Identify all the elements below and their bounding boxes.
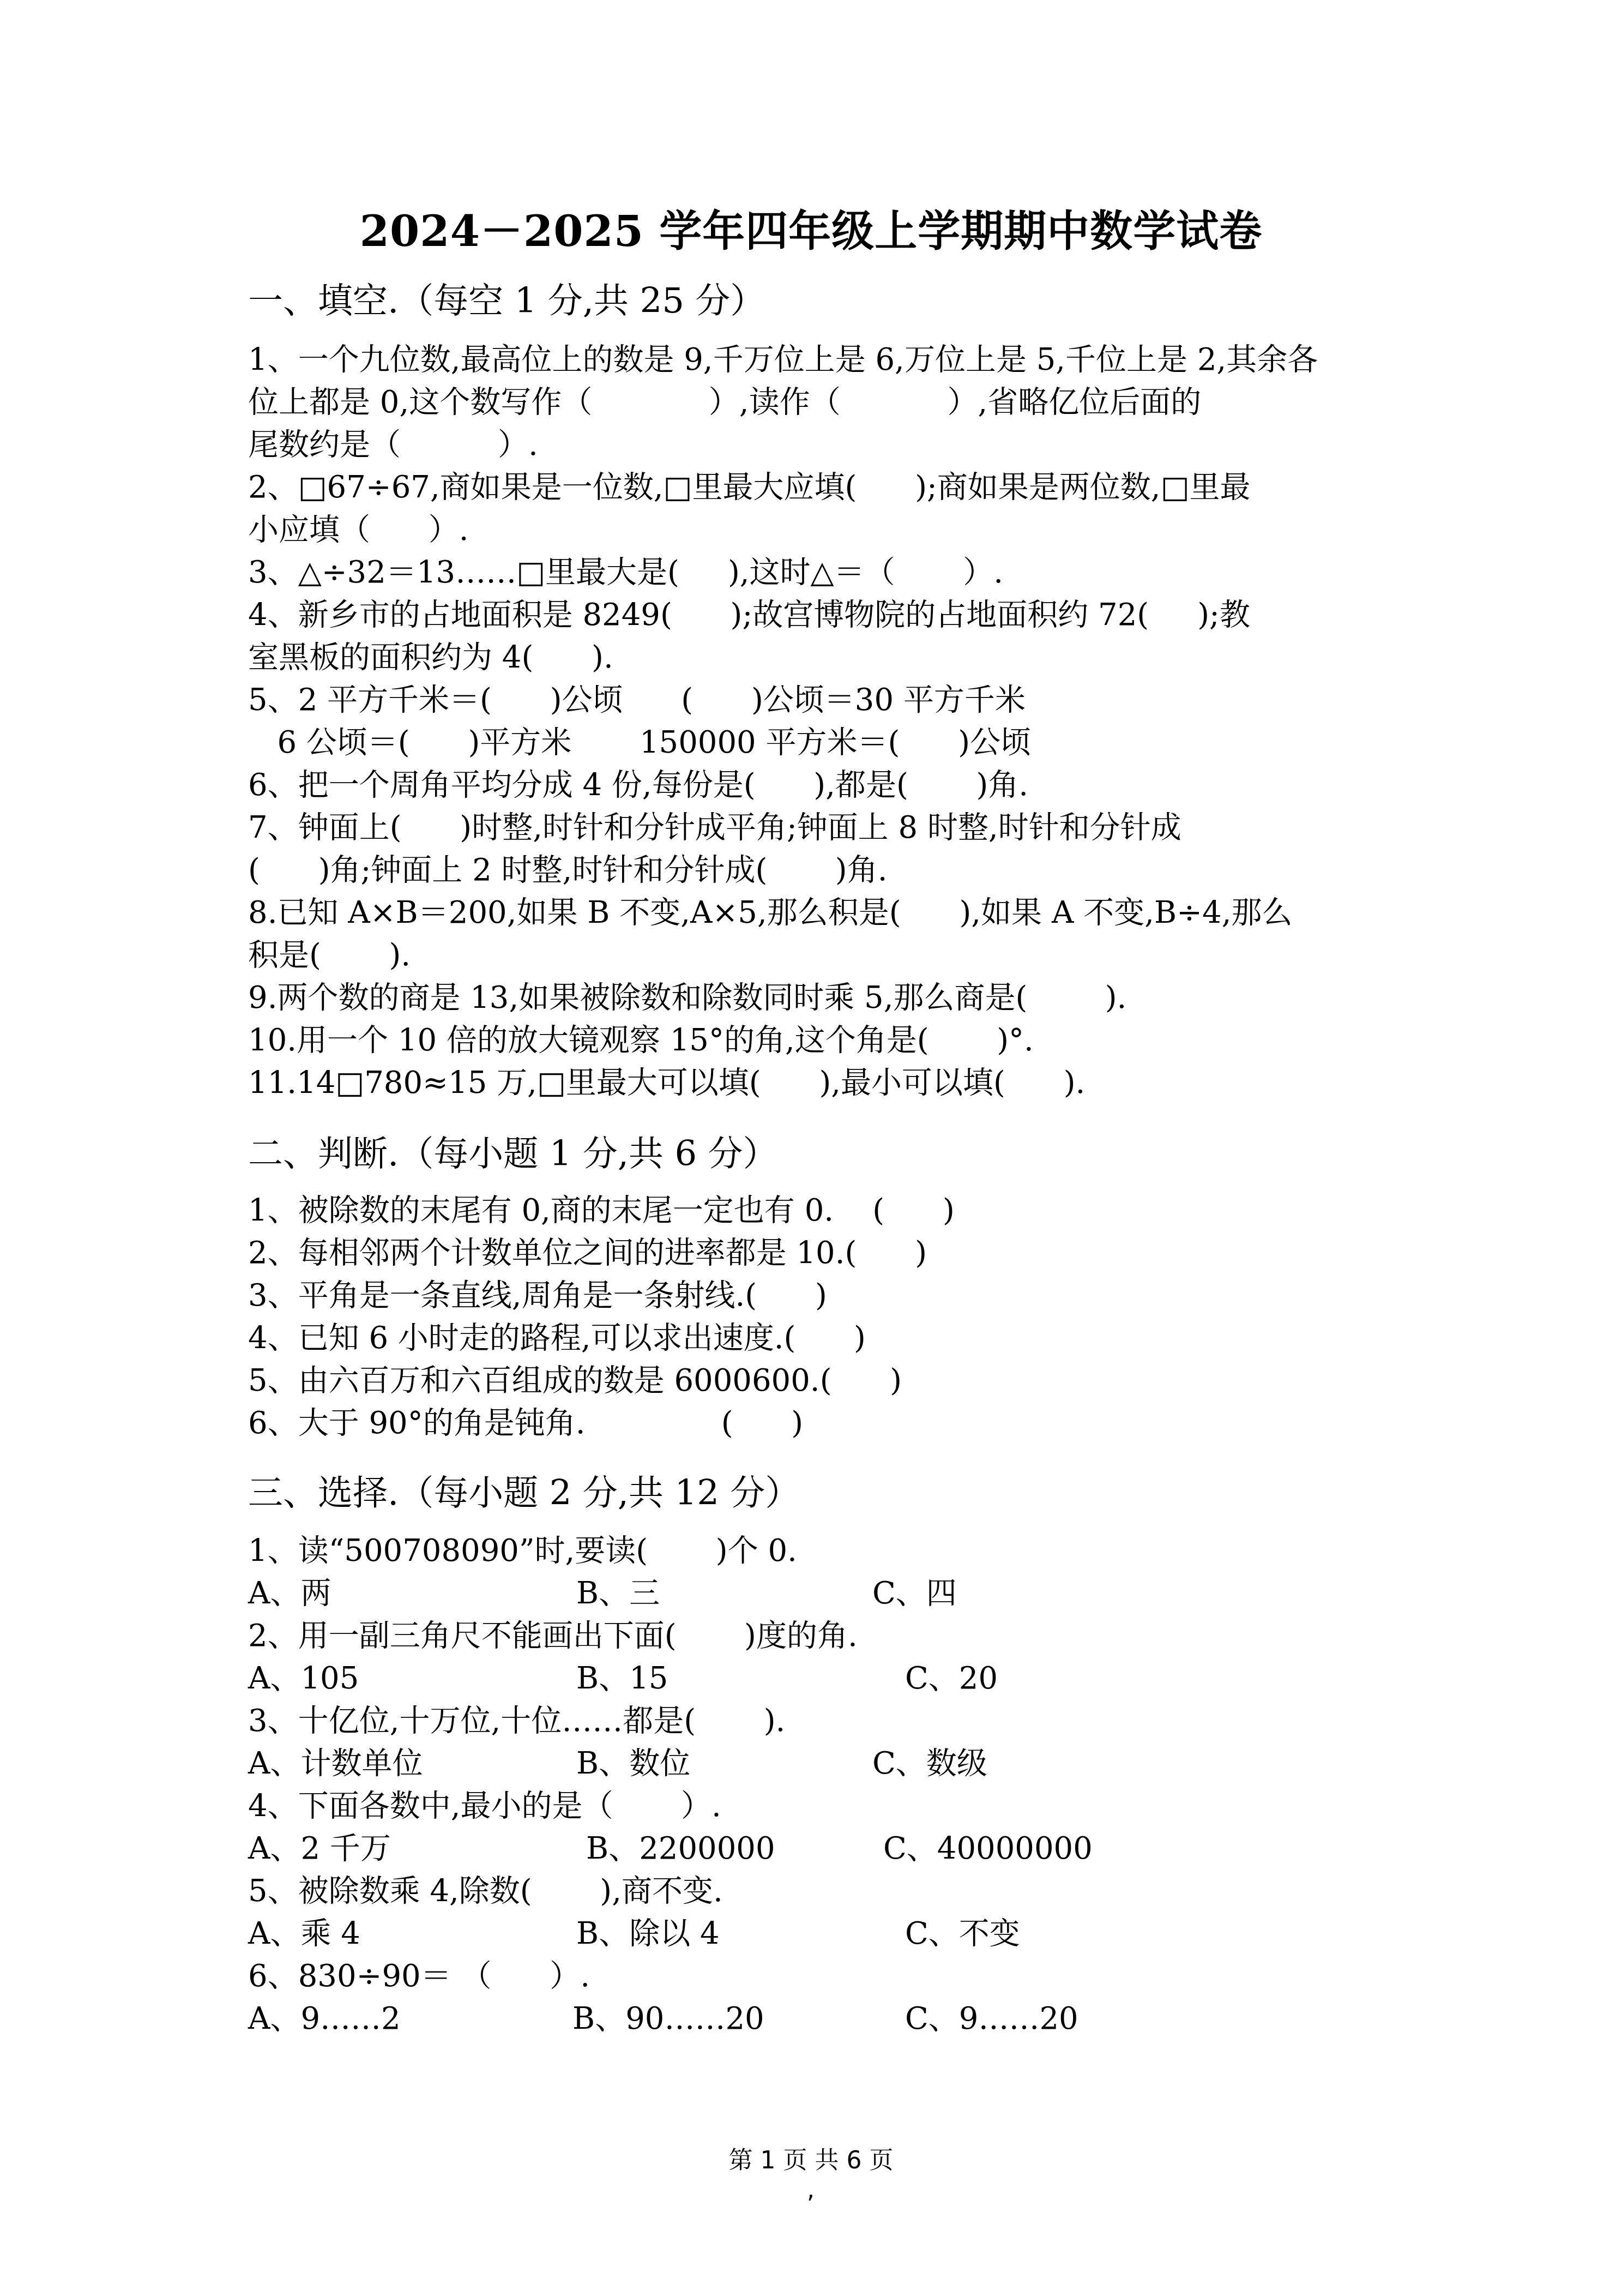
choice-option-b: B、15: [576, 1663, 668, 1694]
exam-page: 2024－2025 学年四年级上学期期中数学试卷 一、填空.（每空 1 分,共 …: [0, 0, 1622, 2296]
choice-option-a: A、乘 4: [248, 1919, 360, 1949]
choice-stem: 5、被除数乘 4,除数( ),商不变.: [248, 1876, 723, 1907]
section-heading-fill-in: 一、填空.（每空 1 分,共 25 分）: [248, 273, 765, 323]
question-line: 6、把一个周角平均分成 4 份,每份是( ),都是( )角.: [248, 770, 1028, 801]
choice-stem: 4、下面各数中,最小的是（ ）.: [248, 1791, 721, 1822]
question-line: 室黑板的面积约为 4( ).: [248, 642, 613, 673]
choice-option-c: C、数级: [872, 1748, 987, 1779]
judgement-item: 1、被除数的末尾有 0,商的末尾一定也有 0. ( ): [248, 1195, 955, 1226]
question-line: 位上都是 0,这个数写作（ ）,读作（ ）,省略亿位后面的: [248, 387, 1201, 418]
choice-option-b: B、90……20: [572, 2004, 764, 2034]
choice-option-c: C、四: [872, 1578, 957, 1609]
question-line: 11.14□780≈15 万,□里最大可以填( ),最小可以填( ).: [248, 1068, 1085, 1098]
choice-option-a: A、105: [248, 1663, 359, 1694]
choice-option-b: B、除以 4: [576, 1919, 720, 1949]
question-line: 积是( ).: [248, 940, 411, 971]
choice-option-a: A、9……2: [248, 2004, 401, 2034]
question-line: 8.已知 A×B＝200,如果 B 不变,A×5,那么积是( ),如果 A 不变…: [248, 898, 1292, 928]
choice-option-b: B、三: [576, 1578, 660, 1609]
judgement-item: 2、每相邻两个计数单位之间的进率都是 10.( ): [248, 1238, 927, 1269]
stray-mark: ,: [807, 2176, 815, 2204]
question-line: 9.两个数的商是 13,如果被除数和除数同时乘 5,那么商是( ).: [248, 983, 1126, 1013]
judgement-item: 5、由六百万和六百组成的数是 6000600.( ): [248, 1366, 902, 1396]
choice-stem: 3、十亿位,十万位,十位……都是( ).: [248, 1706, 785, 1736]
question-line: 3、△÷32＝13……□里最大是( ),这时△＝（ ）.: [248, 557, 1003, 588]
choice-stem: 1、读“500708090”时,要读( )个 0.: [248, 1536, 797, 1566]
choice-option-c: C、不变: [905, 1919, 1020, 1949]
choice-option-a: A、两: [248, 1578, 331, 1609]
question-line: 尾数约是（ ）.: [248, 430, 538, 460]
choice-option-b: B、2200000: [586, 1834, 775, 1864]
choice-stem: 2、用一副三角尺不能画出下面( )度的角.: [248, 1621, 858, 1651]
choice-option-a: A、计数单位: [248, 1748, 423, 1779]
page-number: 第 1 页 共 6 页: [0, 2141, 1622, 2175]
judgement-item: 6、大于 90°的角是钝角. ( ): [248, 1408, 803, 1439]
exam-title: 2024－2025 学年四年级上学期期中数学试卷: [0, 197, 1622, 259]
choice-option-b: B、数位: [576, 1748, 690, 1779]
choice-option-a: A、2 千万: [248, 1834, 391, 1864]
section-heading-multiple-choice: 三、选择.（每小题 2 分,共 12 分）: [248, 1465, 800, 1515]
section-heading-true-false: 二、判断.（每小题 1 分,共 6 分）: [248, 1126, 778, 1176]
question-line: ( )角;钟面上 2 时整,时针和分针成( )角.: [248, 855, 888, 886]
judgement-item: 4、已知 6 小时走的路程,可以求出速度.( ): [248, 1323, 866, 1354]
question-line: 10.用一个 10 倍的放大镜观察 15°的角,这个角是( )°.: [248, 1025, 1034, 1056]
judgement-item: 3、平角是一条直线,周角是一条射线.( ): [248, 1281, 827, 1311]
question-line: 小应填（ ）.: [248, 515, 469, 545]
choice-option-c: C、20: [905, 1663, 998, 1694]
question-line: 2、□67÷67,商如果是一位数,□里最大应填( );商如果是两位数,□里最: [248, 472, 1251, 503]
choice-stem: 6、830÷90＝ （ ）.: [248, 1961, 590, 1992]
question-line: 5、2 平方千米＝( )公顷 ( )公顷＝30 平方千米: [248, 685, 1026, 716]
choice-option-c: C、40000000: [883, 1834, 1093, 1864]
question-line: 1、一个九位数,最高位上的数是 9,千万位上是 6,万位上是 5,千位上是 2,…: [248, 345, 1318, 375]
question-line: 4、新乡市的占地面积是 8249( );故宫博物院的占地面积约 72( );教: [248, 600, 1250, 630]
question-line: 7、钟面上( )时整,时针和分针成平角;钟面上 8 时整,时针和分针成: [248, 813, 1181, 843]
question-line: 6 公顷＝( )平方米 150000 平方米＝( )公顷: [248, 728, 1031, 758]
choice-option-c: C、9……20: [905, 2004, 1078, 2034]
